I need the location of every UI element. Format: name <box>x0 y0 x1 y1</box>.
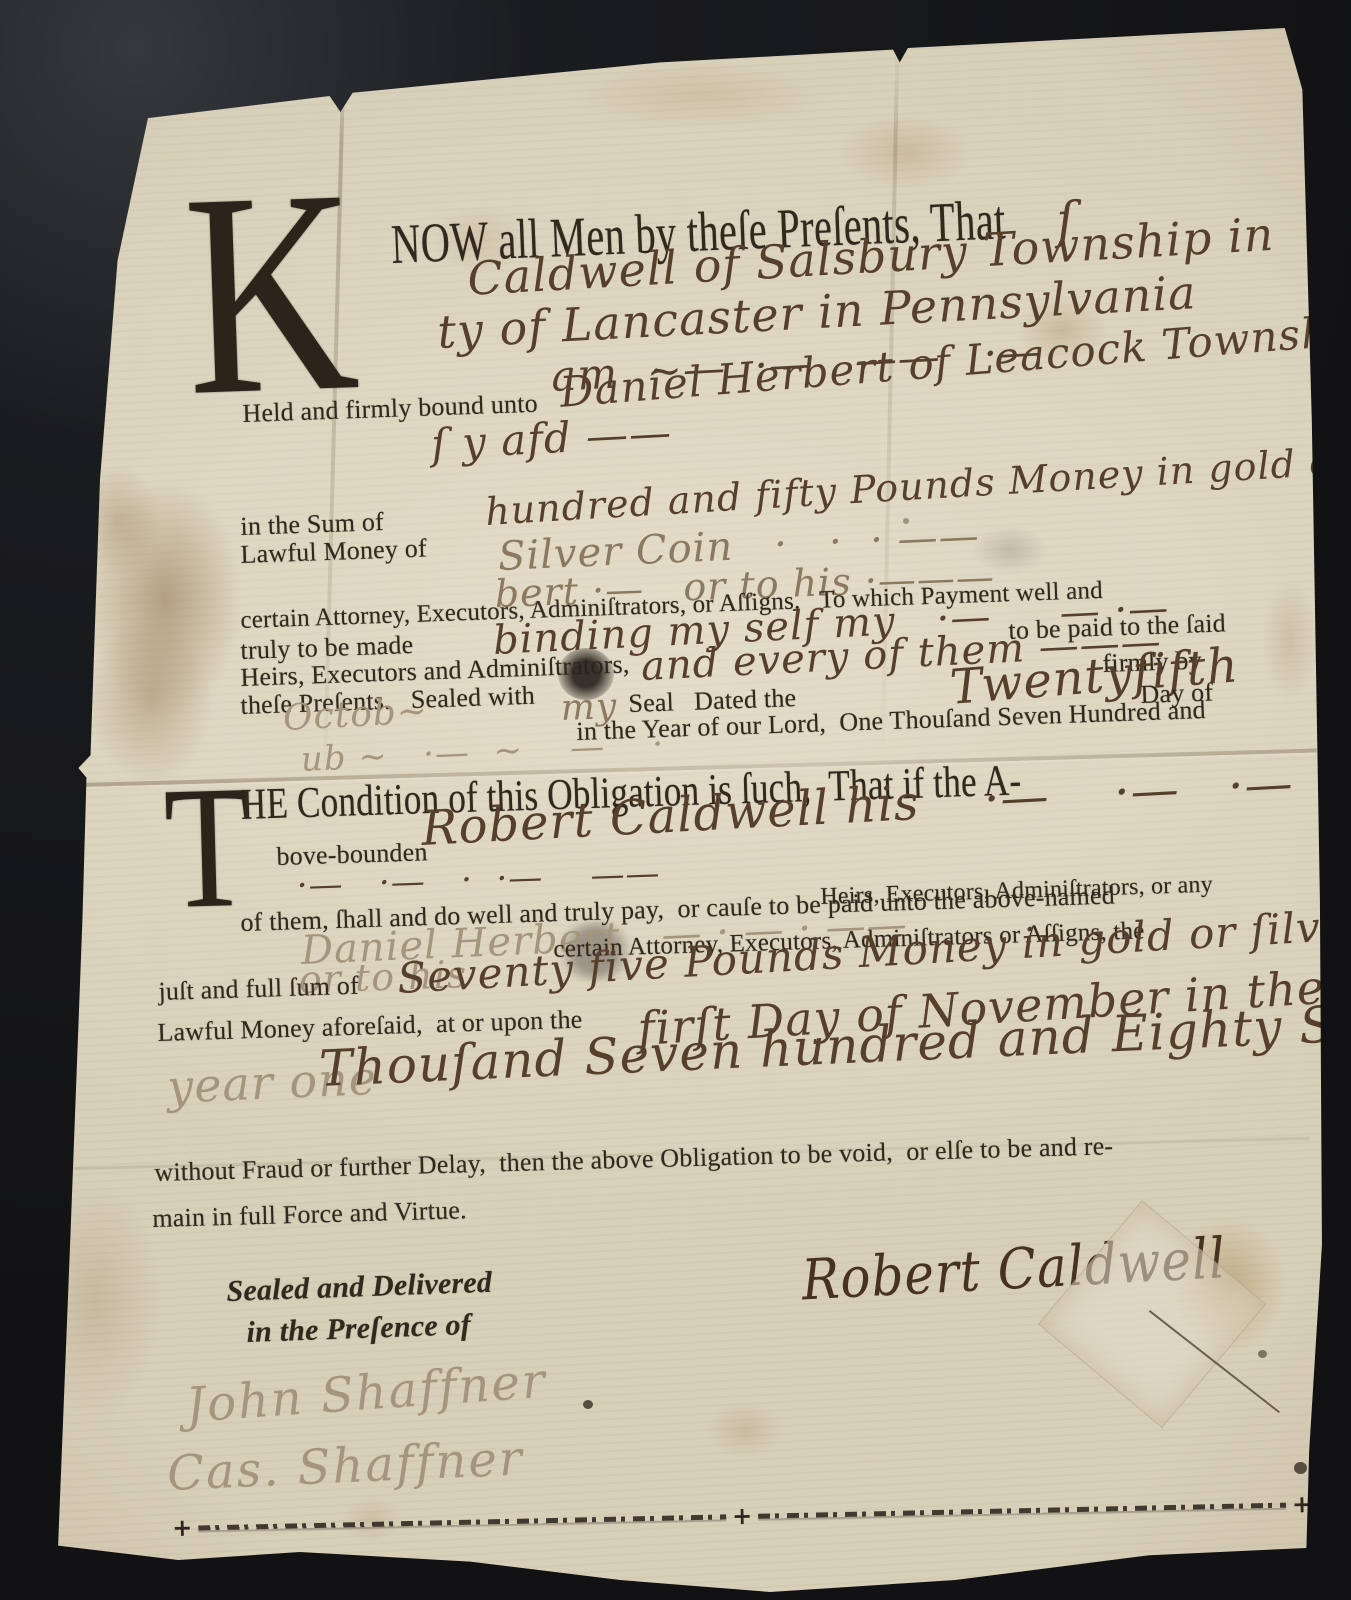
printed-sealed-and-delivered: Sealed and Delivered <box>226 1266 493 1309</box>
border-cross-right: + <box>1292 1492 1313 1516</box>
ink-speck <box>1258 1350 1267 1358</box>
printed-lawful-money-of: Lawful Money of <box>240 533 427 569</box>
photo-background: K NOW all Men by theſe Preſents, That ſ … <box>0 0 1351 1600</box>
handwritten-month-faint: Octob~ <box>282 690 429 739</box>
ink-speck <box>903 518 909 524</box>
ink-blot <box>558 648 614 700</box>
border-dashes-left <box>198 1514 726 1530</box>
witness-signature-1: John Shaffner <box>184 1353 548 1434</box>
border-cross-middle: + <box>732 1504 753 1528</box>
printed-void-line-1: without Fraud or further Delay, then the… <box>154 1131 1114 1188</box>
witness-signature-2: Cas. Shaffner <box>166 1430 525 1502</box>
drop-cap-k: K <box>182 186 361 401</box>
printed-decorative-border: + + + <box>172 1492 1312 1540</box>
ink-speck <box>1294 1462 1307 1474</box>
printed-void-line-2: main in full Force and Virtue. <box>152 1195 467 1234</box>
border-dashes-right <box>758 1502 1286 1518</box>
ink-speck <box>583 1400 593 1409</box>
printed-just-and-full-sum: juſt and full ſum of <box>158 971 359 1007</box>
printed-in-the-presence-of: in the Preſence of <box>246 1308 471 1350</box>
border-cross-left: + <box>172 1516 193 1540</box>
document-paper: K NOW all Men by theſe Preſents, That ſ … <box>0 0 1351 1600</box>
